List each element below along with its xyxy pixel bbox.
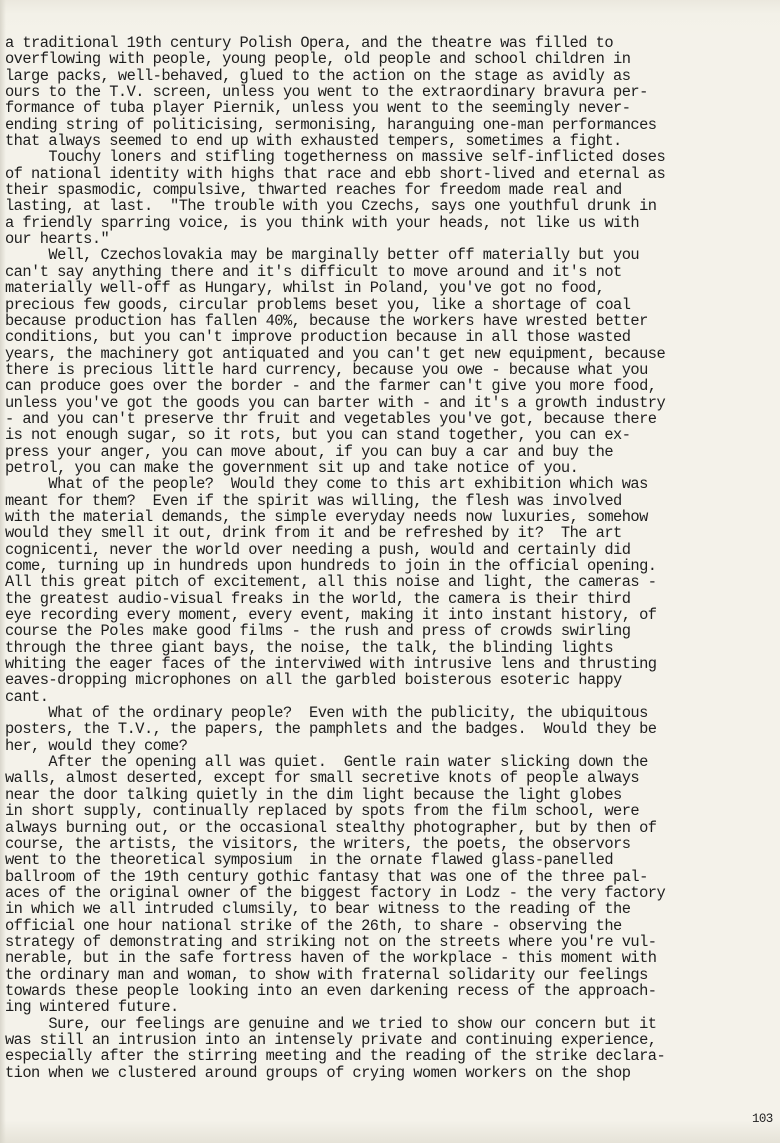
- text-line: with the material demands, the simple ev…: [5, 509, 780, 525]
- text-line: All this great pitch of excitement, all …: [5, 574, 780, 590]
- text-line: cant.: [5, 689, 780, 705]
- document-page: a traditional 19th century Polish Opera,…: [0, 0, 780, 1143]
- text-line: official one hour national strike of the…: [5, 918, 780, 934]
- text-line: of national identity with highs that rac…: [5, 166, 780, 182]
- page-number: 103: [752, 1112, 773, 1126]
- text-line: the ordinary man and woman, to show with…: [5, 967, 780, 983]
- text-line: formance of tuba player Piernik, unless …: [5, 100, 780, 116]
- text-line: through the three giant bays, the noise,…: [5, 640, 780, 656]
- text-line: always burning out, or the occasional st…: [5, 820, 780, 836]
- text-line: eaves-dropping microphones on all the ga…: [5, 672, 780, 688]
- text-line: in which we all intruded clumsily, to be…: [5, 901, 780, 917]
- text-line: course the Poles make good films - the r…: [5, 623, 780, 639]
- text-line: What of the people? Would they come to t…: [5, 476, 780, 492]
- text-line: nerable, but in the safe fortress haven …: [5, 950, 780, 966]
- text-line: their spasmodic, compulsive, thwarted re…: [5, 182, 780, 198]
- text-line: there is precious little hard currency, …: [5, 362, 780, 378]
- text-line: our hearts.": [5, 231, 780, 247]
- text-line: large packs, well-behaved, glued to the …: [5, 68, 780, 84]
- text-line: near the door talking quietly in the dim…: [5, 787, 780, 803]
- text-line: is not enough sugar, so it rots, but you…: [5, 427, 780, 443]
- body-text: a traditional 19th century Polish Opera,…: [5, 35, 780, 1081]
- text-line: precious few goods, circular problems be…: [5, 297, 780, 313]
- text-line: materially well-off as Hungary, whilst i…: [5, 280, 780, 296]
- text-line: press your anger, you can move about, if…: [5, 444, 780, 460]
- text-line: What of the ordinary people? Even with t…: [5, 705, 780, 721]
- text-line: Touchy loners and stifling togetherness …: [5, 149, 780, 165]
- text-line: a friendly sparring voice, is you think …: [5, 215, 780, 231]
- text-line: especially after the stirring meeting an…: [5, 1048, 780, 1064]
- text-line: can produce goes over the border - and t…: [5, 378, 780, 394]
- text-line: because production has fallen 40%, becau…: [5, 313, 780, 329]
- text-line: went to the theoretical symposium in the…: [5, 852, 780, 868]
- text-line: conditions, but you can't improve produc…: [5, 329, 780, 345]
- text-line: her, would they come?: [5, 738, 780, 754]
- text-line: whiting the eager faces of the interviwe…: [5, 656, 780, 672]
- text-line: eye recording every moment, every event,…: [5, 607, 780, 623]
- text-line: course, the artists, the visitors, the w…: [5, 836, 780, 852]
- text-line: strategy of demonstrating and striking n…: [5, 934, 780, 950]
- text-line: would they smell it out, drink from it a…: [5, 525, 780, 541]
- text-line: years, the machinery got antiquated and …: [5, 346, 780, 362]
- text-line: petrol, you can make the government sit …: [5, 460, 780, 476]
- text-line: a traditional 19th century Polish Opera,…: [5, 35, 780, 51]
- text-line: ours to the T.V. screen, unless you went…: [5, 84, 780, 100]
- text-line: Well, Czechoslovakia may be marginally b…: [5, 247, 780, 263]
- text-line: the greatest audio-visual freaks in the …: [5, 591, 780, 607]
- text-line: that always seemed to end up with exhaus…: [5, 133, 780, 149]
- text-line: aces of the original owner of the bigges…: [5, 885, 780, 901]
- text-line: - and you can't preserve thr fruit and v…: [5, 411, 780, 427]
- text-line: cognicenti, never the world over needing…: [5, 542, 780, 558]
- text-line: meant for them? Even if the spirit was w…: [5, 493, 780, 509]
- text-line: come, turning up in hundreds upon hundre…: [5, 558, 780, 574]
- text-line: walls, almost deserted, except for small…: [5, 770, 780, 786]
- text-line: unless you've got the goods you can bart…: [5, 395, 780, 411]
- text-line: towards these people looking into an eve…: [5, 983, 780, 999]
- text-line: posters, the T.V., the papers, the pamph…: [5, 721, 780, 737]
- text-line: ing wintered future.: [5, 999, 780, 1015]
- text-line: ballroom of the 19th century gothic fant…: [5, 869, 780, 885]
- text-line: in short supply, continually replaced by…: [5, 803, 780, 819]
- text-line: tion when we clustered around groups of …: [5, 1065, 780, 1081]
- text-line: overflowing with people, young people, o…: [5, 51, 780, 67]
- text-line: After the opening all was quiet. Gentle …: [5, 754, 780, 770]
- text-line: was still an intrusion into an intensely…: [5, 1032, 780, 1048]
- text-line: lasting, at last. "The trouble with you …: [5, 198, 780, 214]
- text-line: ending string of politicising, sermonisi…: [5, 117, 780, 133]
- text-line: Sure, our feelings are genuine and we tr…: [5, 1016, 780, 1032]
- text-line: can't say anything there and it's diffic…: [5, 264, 780, 280]
